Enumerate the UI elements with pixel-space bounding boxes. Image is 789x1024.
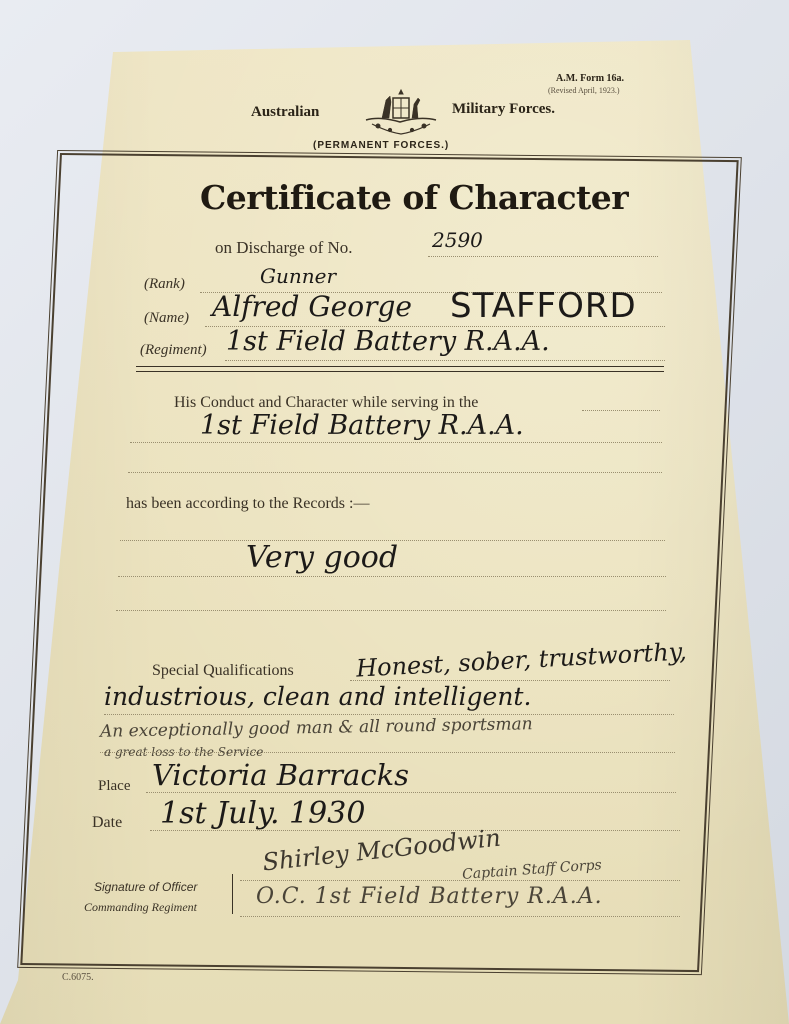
- header-australian: Australian: [251, 104, 319, 121]
- qualifications-label: Special Qualifications: [152, 662, 294, 680]
- form-number: A.M. Form 16a.: [556, 73, 624, 84]
- surname: STAFFORD: [450, 286, 637, 326]
- signature-line-2: [240, 916, 680, 917]
- qualifications-line-1-rule: [350, 680, 670, 681]
- name-label: (Name): [144, 310, 189, 327]
- date-value: 1st July. 1930: [160, 796, 365, 831]
- officer-role: O.C. 1st Field Battery R.A.A.: [256, 884, 603, 909]
- conduct-unit: 1st Field Battery R.A.A.: [200, 410, 524, 441]
- signature-brace: [232, 874, 236, 914]
- records-label: has been according to the Records :—: [126, 495, 369, 513]
- header-military-forces: Military Forces.: [452, 101, 555, 118]
- permanent-forces-subheader: (PERMANENT FORCES.): [313, 140, 449, 151]
- certificate-title: Certificate of Character: [200, 178, 628, 217]
- conduct-line-3: [128, 472, 662, 473]
- given-names: Alfred George: [212, 290, 412, 323]
- signature-label-1: Signature of Officer: [94, 880, 197, 894]
- place-line: [146, 792, 676, 793]
- rank-label: (Rank): [144, 276, 185, 293]
- section-divider: [136, 366, 664, 372]
- place-label: Place: [98, 778, 130, 795]
- discharge-line: [428, 256, 658, 257]
- discharge-label: on Discharge of No.: [215, 238, 353, 258]
- place-value: Victoria Barracks: [152, 758, 409, 792]
- conduct-line-2: [130, 442, 662, 443]
- regiment-value: 1st Field Battery R.A.A.: [226, 326, 550, 357]
- rank-value: Gunner: [260, 264, 336, 288]
- discharge-number: 2590: [432, 228, 483, 252]
- print-code: C.6075.: [62, 972, 94, 983]
- date-line: [150, 830, 680, 831]
- signature-label-2: Commanding Regiment: [84, 900, 197, 915]
- regiment-label: (Regiment): [140, 342, 207, 359]
- records-line-2: [118, 576, 666, 577]
- character-value: Very good: [246, 540, 398, 575]
- form-revision: (Revised April, 1923.): [548, 86, 620, 95]
- regiment-line: [225, 360, 665, 361]
- qualifications-line-2: industrious, clean and intelligent.: [104, 682, 531, 711]
- date-label: Date: [92, 814, 122, 832]
- records-line-3: [116, 610, 666, 611]
- qualifications-line-3-rule: [100, 752, 675, 753]
- conduct-line-1: [582, 410, 660, 411]
- signature-line-1: [240, 880, 680, 881]
- qualifications-line-2-rule: [104, 714, 674, 715]
- coat-of-arms-icon: [360, 88, 442, 140]
